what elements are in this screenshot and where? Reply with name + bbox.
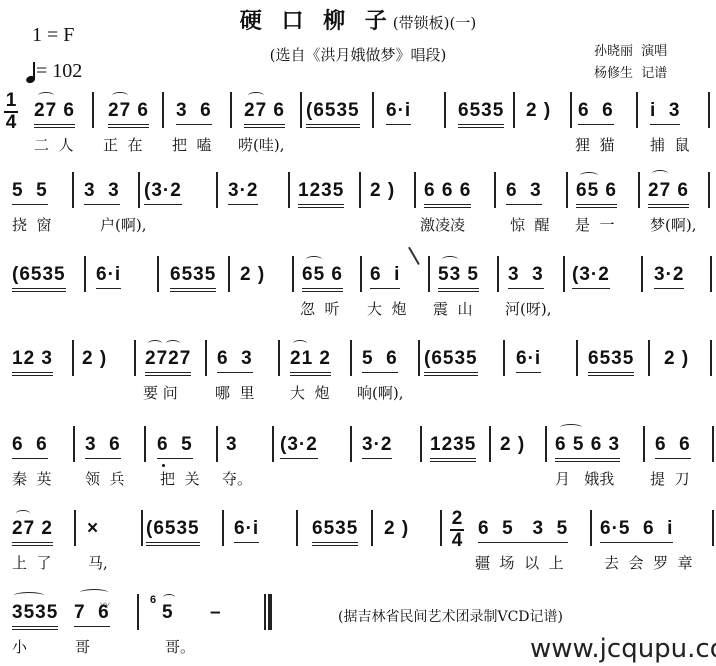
key-signature: 1 = F [32, 24, 74, 47]
notes: 3·2 [362, 434, 392, 459]
transcriber-name: 杨修生 [594, 66, 633, 81]
lyric: 忽 听 [300, 298, 340, 319]
lyric: 河(呀), [505, 298, 551, 319]
barline [300, 92, 302, 128]
final-barline-thick [268, 594, 272, 630]
time-sig-top: 2 [452, 508, 463, 529]
notes: – [210, 602, 222, 624]
barline [72, 172, 74, 208]
notes: 65 6 [576, 180, 617, 208]
barline [372, 92, 374, 128]
barline [712, 426, 714, 462]
notes: 53 5 [438, 264, 479, 292]
notes: 6·5 6 i [600, 518, 673, 543]
lyric: 哥 [75, 636, 90, 657]
barline [566, 172, 568, 208]
lyric: 惊 醒 [510, 214, 550, 235]
barline [360, 256, 362, 292]
notes: (6535 [306, 100, 360, 128]
lyric: 夺。 [222, 468, 252, 489]
notes: 5 6 [362, 348, 398, 373]
barline [84, 256, 86, 292]
barline [73, 426, 75, 462]
barline [134, 340, 136, 376]
lyric: 大 炮 [367, 298, 407, 319]
notes: 6 6 [655, 434, 691, 459]
barline [137, 594, 139, 630]
score-title: 硬 口 柳 子(带锁板)(一) [0, 4, 716, 35]
barline [278, 340, 280, 376]
barline [414, 172, 416, 208]
time-signature-change: 24 [450, 510, 464, 550]
quarter-note-icon [26, 63, 36, 83]
lyric: 月 娥我 [555, 468, 614, 489]
notes: 6 5 [157, 434, 193, 459]
barline [371, 510, 373, 546]
barline [359, 172, 361, 208]
transcriber-credit: 杨修生 记谱 [594, 62, 667, 81]
barline [503, 340, 505, 376]
lyric: 狸 猫 [575, 134, 615, 155]
notes: 6 3 [506, 180, 542, 205]
barline [590, 510, 592, 546]
notes: 6 5 6 3 [555, 434, 620, 462]
notes: 3 3 [84, 180, 120, 205]
tempo-marking: = 102 [26, 60, 82, 83]
barline [513, 92, 515, 128]
barline [708, 92, 710, 128]
barline [710, 340, 712, 376]
notes: 5 5 [12, 180, 48, 205]
notes: 2 ) [526, 100, 551, 122]
notes: 2 ) [82, 348, 107, 370]
notes: i 3 [650, 100, 680, 125]
barline [643, 426, 645, 462]
barline [428, 256, 430, 292]
notes: 21 2 [290, 348, 331, 376]
slur [166, 340, 180, 347]
tempo-value: = 102 [36, 60, 82, 82]
lyric: 要 问 [143, 382, 178, 403]
notes: 3 [226, 434, 238, 456]
notes: 2 ) [370, 180, 395, 202]
barline [418, 340, 420, 376]
notes: 3·2 [228, 180, 258, 205]
time-signature: 14 [4, 92, 18, 132]
slur [580, 172, 598, 179]
notes: 6535 [588, 348, 634, 376]
trill-icon: 〰 [100, 596, 110, 611]
notes: (6535 [424, 348, 478, 376]
slur [14, 592, 44, 599]
notes: 3535 [12, 602, 58, 630]
notes: 6 6 [12, 434, 48, 459]
barline [350, 340, 352, 376]
notes: 5 [162, 602, 174, 624]
fermata [112, 92, 128, 99]
watermark: www.jcqupu.com [530, 634, 716, 664]
time-sig-bottom: 4 [6, 112, 17, 133]
low-octave-dot [162, 464, 165, 467]
notes: 1235 [430, 434, 476, 462]
barline [648, 340, 650, 376]
notes: 2 ) [240, 264, 265, 286]
performer-credit: 孙晓丽 演唱 [594, 40, 667, 59]
notes: 27 2 [12, 518, 53, 546]
barline [563, 256, 565, 292]
slur [560, 424, 582, 431]
barline [216, 172, 218, 208]
notes: 3 3 [508, 264, 544, 289]
system-row-4: 12 3 2 ) 2727 6 3 21 2 5 6 (6535 6·i 653… [0, 334, 716, 414]
barline [162, 92, 164, 128]
slur [80, 589, 108, 596]
notes: × [87, 518, 99, 540]
notes: (3·2 [572, 264, 610, 289]
notes: 12 3 [12, 348, 53, 376]
time-sig-bottom: 4 [452, 530, 463, 551]
lyric: 把 关 [160, 468, 200, 489]
barline [420, 426, 422, 462]
barline [636, 92, 638, 128]
lyric: 挠 窗 [12, 214, 52, 235]
barline [74, 510, 76, 546]
lyric: 震 山 [433, 298, 473, 319]
notes: 6 i [370, 264, 400, 289]
system-row-6: 27 2 × (6535 6·i 6535 2 ) 24 6 5 3 5 6·5… [0, 504, 716, 584]
notes: 6·i [96, 264, 121, 289]
barline [92, 92, 94, 128]
lyric: 疆 场 以 上 [475, 552, 564, 573]
lyric: 马, [88, 552, 108, 573]
barline [288, 172, 290, 208]
barline [292, 256, 294, 292]
title-text: 硬 口 柳 子 [240, 8, 393, 34]
performer-name: 孙晓丽 [594, 44, 633, 59]
lyric: 响(啊), [357, 382, 403, 403]
system-row-2: 5 5 3 3 (3·2 3·2 1235 2 ) 6 6 6 6 3 65 6… [0, 166, 716, 246]
notes: 3 6 [85, 434, 121, 459]
notes: 27 6 [648, 180, 689, 208]
lyric: 上 了 [12, 552, 52, 573]
notes: 2727 [145, 348, 191, 376]
barline [157, 256, 159, 292]
notes: 6·i [516, 348, 541, 373]
barline [296, 510, 298, 546]
system-row-3: (6535 6·i 6535 2 ) 65 6 6 i 53 5 3 3 (3·… [0, 250, 716, 330]
lyric: 大 炮 [290, 382, 330, 403]
lyric: 梦(啊), [650, 214, 696, 235]
grace-note: 6 [150, 594, 156, 606]
source-note: (据吉林省民间艺术团录制VCD记谱) [338, 606, 563, 626]
time-sig-top: 1 [6, 90, 17, 111]
lyric: 去 会 罗 章 [604, 552, 693, 573]
barline [494, 172, 496, 208]
notes: 27 6 [108, 100, 149, 128]
barline [440, 510, 442, 546]
notes: 27 6 [244, 100, 285, 128]
annotation-arrow-icon [408, 247, 419, 265]
notes: 6·i [386, 100, 411, 125]
barline [230, 92, 232, 128]
barline [444, 92, 446, 128]
slur [442, 256, 458, 263]
fermata [163, 594, 175, 601]
notes: 65 6 [302, 264, 343, 292]
barline [144, 426, 146, 462]
notes: 2 ) [664, 348, 689, 370]
lyric: 激凌凌 [420, 214, 465, 235]
barline [141, 510, 143, 546]
notes: 3·2 [654, 264, 684, 289]
barline [641, 256, 643, 292]
barline [205, 340, 207, 376]
slur [16, 510, 30, 517]
system-row-5: 6 6 3 6 6 5 3 (3·2 3·2 1235 2 ) 6 5 6 3 … [0, 420, 716, 500]
notes: (6535 [12, 264, 66, 292]
notes: 6 6 6 [424, 180, 471, 208]
lyric: 是 一 [575, 214, 615, 235]
lyric: 小 [12, 636, 27, 657]
slur [148, 340, 162, 347]
performer-role: 演唱 [641, 44, 667, 59]
fermata [38, 92, 54, 99]
lyric: 提 刀 [650, 468, 690, 489]
notes: 6 6 [578, 100, 614, 125]
barline [570, 92, 572, 128]
slur [293, 340, 307, 347]
barline [638, 172, 640, 208]
barline [497, 256, 499, 292]
notes: (3·2 [144, 180, 182, 205]
lyric: 二 人 [34, 134, 74, 155]
notes: 6535 [458, 100, 504, 128]
notes: 6 5 3 5 [478, 518, 568, 543]
barline [712, 510, 714, 546]
notes: (3·2 [280, 434, 318, 459]
lyric: 领 兵 [85, 468, 125, 489]
barline [350, 426, 352, 462]
barline [708, 172, 710, 208]
notes: 27 6 [34, 100, 75, 128]
final-barline-thin [264, 594, 266, 630]
notes: 6·i [234, 518, 259, 543]
lyric: 正 在 [103, 134, 143, 155]
notes: 2 ) [384, 518, 409, 540]
lyric: 捕 鼠 [650, 134, 690, 155]
lyric: 哥。 [165, 636, 195, 657]
lyric: 哪 里 [215, 382, 255, 403]
system-row-1: 14 27 6 27 6 3 6 27 6 (6535 6·i 6535 2 )… [0, 86, 716, 166]
lyric: 秦 英 [12, 468, 52, 489]
title-suffix: (带锁板)(一) [393, 14, 476, 32]
barline [710, 256, 712, 292]
barline [138, 172, 140, 208]
transcriber-role: 记谱 [641, 66, 667, 81]
barline [222, 510, 224, 546]
notes: (6535 [146, 518, 200, 546]
barline [228, 256, 230, 292]
lyric: 唠(哇), [238, 134, 284, 155]
notes: 6535 [312, 518, 358, 546]
notes: 2 ) [500, 434, 525, 456]
barline [272, 426, 274, 462]
fermata [248, 92, 264, 99]
lyric: 户(啊), [100, 214, 146, 235]
barline [216, 426, 218, 462]
lyric: 把 嗑 [172, 134, 212, 155]
barline [576, 340, 578, 376]
notes: 1235 [298, 180, 344, 208]
barline [545, 426, 547, 462]
notes: 6535 [170, 264, 216, 292]
notes: 6 3 [217, 348, 253, 373]
barline [72, 340, 74, 376]
slur [306, 256, 322, 263]
fermata [652, 170, 668, 177]
barline [489, 426, 491, 462]
notes: 3 6 [176, 100, 212, 125]
